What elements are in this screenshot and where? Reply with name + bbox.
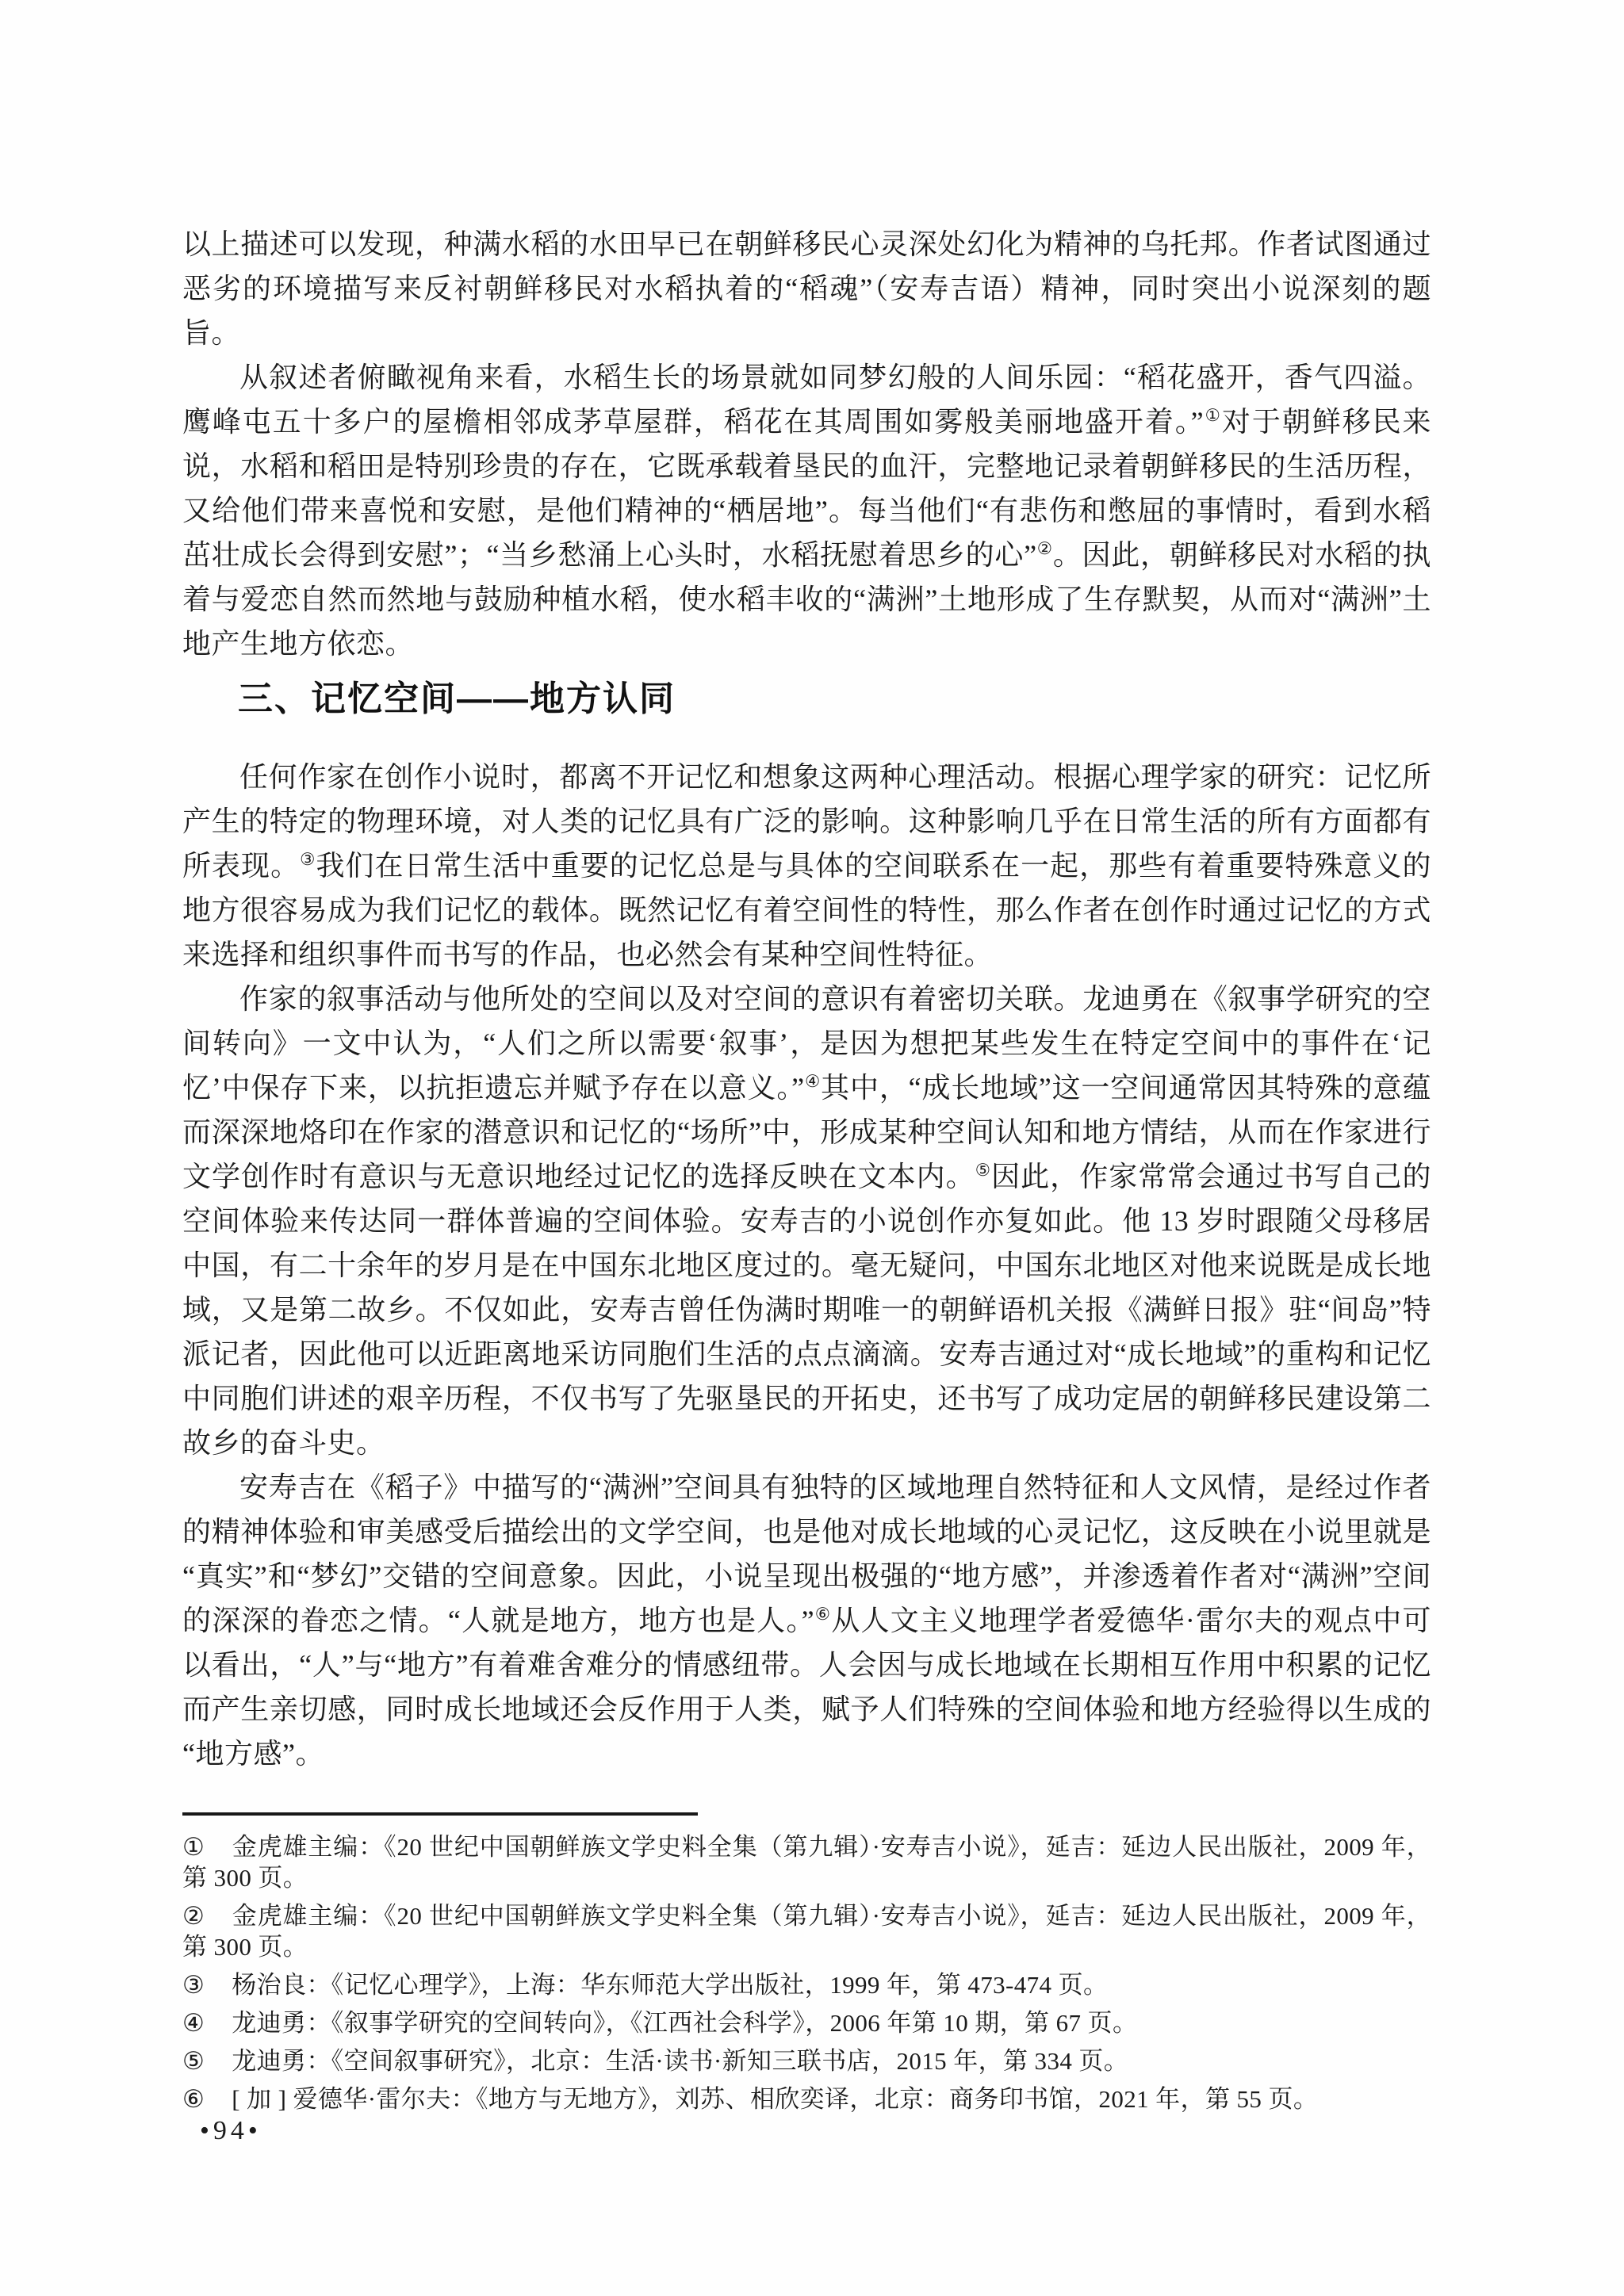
body-paragraph: 作家的叙事活动与他所处的空间以及对空间的意识有着密切关联。龙迪勇在《叙事学研究的… (182, 977, 1431, 1465)
footnote-entry: ③杨治良：《记忆心理学》，上海：华东师范大学出版社，1999 年，第 473-4… (182, 1969, 1431, 2000)
footnote-text: 杨治良：《记忆心理学》，上海：华东师范大学出版社，1999 年，第 473-47… (232, 1971, 1108, 1999)
footnote-entry: ⑥[ 加 ] 爱德华·雷尔夫：《地方与无地方》，刘苏、相欣奕译，北京：商务印书馆… (182, 2084, 1431, 2114)
body-paragraph: 从叙述者俯瞰视角来看，水稻生长的场景就如同梦幻般的人间乐园：“稻花盛开，香气四溢… (182, 355, 1431, 666)
journal-page: 以上描述可以发现，种满水稻的水田早已在朝鲜移民心灵深处幻化为精神的乌托邦。作者试… (0, 0, 1624, 2296)
footnote-text: [ 加 ] 爱德华·雷尔夫：《地方与无地方》，刘苏、相欣奕译，北京：商务印书馆，… (232, 2085, 1318, 2113)
footnote-number: ③ (182, 1971, 205, 1999)
body-paragraph: 以上描述可以发现，种满水稻的水田早已在朝鲜移民心灵深处幻化为精神的乌托邦。作者试… (182, 222, 1431, 355)
page-number: •94• (200, 2115, 262, 2147)
body-paragraph: 安寿吉在《稻子》中描写的“满洲”空间具有独特的区域地理自然特征和人文风情，是经过… (182, 1465, 1431, 1776)
section-heading: 三、记忆空间——地方认同 (182, 675, 1431, 723)
footnote-list: ①金虎雄主编：《20 世纪中国朝鲜族文学史料全集（第九辑）·安寿吉小说》，延吉：… (182, 1831, 1431, 2114)
footnote-number: ② (182, 1902, 205, 1930)
footnote-text: 金虎雄主编：《20 世纪中国朝鲜族文学史料全集（第九辑）·安寿吉小说》，延吉：延… (182, 1902, 1431, 1961)
footnote-text: 金虎雄主编：《20 世纪中国朝鲜族文学史料全集（第九辑）·安寿吉小说》，延吉：延… (182, 1833, 1431, 1892)
footnote-entry: ④龙迪勇：《叙事学研究的空间转向》，《江西社会科学》，2006 年第 10 期，… (182, 2007, 1431, 2038)
footnote-divider (182, 1812, 698, 1816)
footnote-entry: ①金虎雄主编：《20 世纪中国朝鲜族文学史料全集（第九辑）·安寿吉小说》，延吉：… (182, 1831, 1431, 1893)
footnote-number: ⑥ (182, 2085, 205, 2113)
footnote-entry: ⑤龙迪勇：《空间叙事研究》，北京：生活·读书·新知三联书店，2015 年，第 3… (182, 2045, 1431, 2076)
footnote-text: 龙迪勇：《叙事学研究的空间转向》，《江西社会科学》，2006 年第 10 期，第… (232, 2009, 1137, 2037)
body-paragraph: 任何作家在创作小说时，都离不开记忆和想象这两种心理活动。根据心理学家的研究：记忆… (182, 755, 1431, 977)
footnote-number: ① (182, 1833, 205, 1861)
footnote-text: 龙迪勇：《空间叙事研究》，北京：生活·读书·新知三联书店，2015 年，第 33… (232, 2047, 1128, 2075)
footnote-number: ⑤ (182, 2047, 205, 2075)
footnote-entry: ②金虎雄主编：《20 世纪中国朝鲜族文学史料全集（第九辑）·安寿吉小说》，延吉：… (182, 1900, 1431, 1962)
article-body: 以上描述可以发现，种满水稻的水田早已在朝鲜移民心灵深处幻化为精神的乌托邦。作者试… (182, 222, 1431, 2122)
footnote-number: ④ (182, 2009, 205, 2037)
